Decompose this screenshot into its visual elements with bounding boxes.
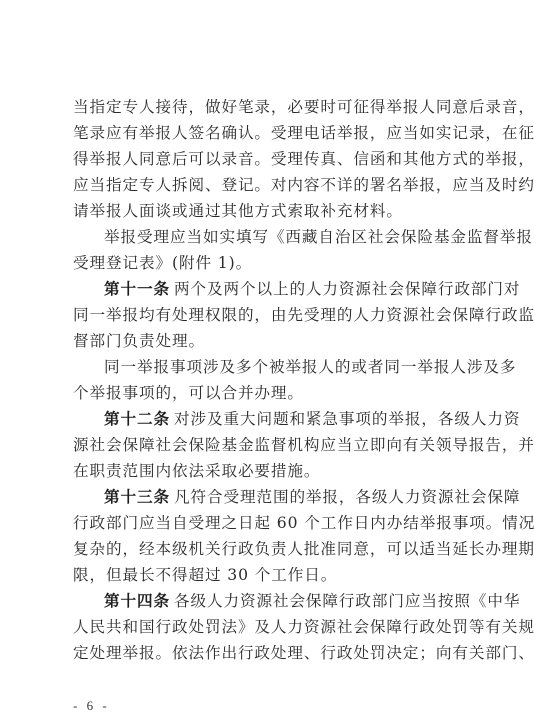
text-line: 当指定专人接待，做好笔录，必要时可征得举报人同意后录音， xyxy=(73,94,465,120)
article-label: 第十四条 xyxy=(104,591,170,610)
text-line: 笔录应有举报人签名确认。受理电话举报，应当如实记录，在征 xyxy=(73,120,465,146)
text-line: 行政部门应当自受理之日起 60 个工作日内办结举报事项。情况 xyxy=(73,510,465,536)
article-12-line: 第十二条对涉及重大问题和紧急事项的举报，各级人力资 xyxy=(73,406,465,432)
text-line: 复杂的，经本级机关行政负责人批准同意，可以适当延长办理期 xyxy=(73,536,465,562)
article-label: 第十三条 xyxy=(104,487,170,506)
text-line: 定处理举报。依法作出行政处理、行政处罚决定；向有关部门、 xyxy=(73,640,465,666)
text-line: 人民共和国行政处罚法》及人力资源社会保障行政处罚等有关规 xyxy=(73,614,465,640)
text-line: 个举报事项的，可以合并办理。 xyxy=(73,380,465,406)
text-span: 各级人力资源社会保障行政部门应当按照《中华 xyxy=(174,592,520,610)
document-body: 当指定专人接待，做好笔录，必要时可征得举报人同意后录音， 笔录应有举报人签名确认… xyxy=(73,94,465,666)
text-span: 两个及两个以上的人力资源社会保障行政部门对 xyxy=(174,280,520,298)
text-line: 同一举报事项涉及多个被举报人的或者同一举报人涉及多 xyxy=(73,354,465,380)
article-13-line: 第十三条凡符合受理范围的举报，各级人力资源社会保障 xyxy=(73,484,465,510)
text-line: 请举报人面谈或通过其他方式索取补充材料。 xyxy=(73,198,465,224)
text-span: 对涉及重大问题和紧急事项的举报，各级人力资 xyxy=(174,410,520,428)
text-line: 督部门负责处理。 xyxy=(73,328,465,354)
article-14-line: 第十四条各级人力资源社会保障行政部门应当按照《中华 xyxy=(73,588,465,614)
text-line: 在职责范围内依法采取必要措施。 xyxy=(73,458,465,484)
document-page: 当指定专人接待，做好笔录，必要时可征得举报人同意后录音， 笔录应有举报人签名确认… xyxy=(0,0,534,721)
article-11-line: 第十一条两个及两个以上的人力资源社会保障行政部门对 xyxy=(73,276,465,302)
text-line: 同一举报均有处理权限的，由先受理的人力资源社会保障行政监 xyxy=(73,302,465,328)
article-label: 第十二条 xyxy=(104,409,170,428)
text-line: 得举报人同意后可以录音。受理传真、信函和其他方式的举报， xyxy=(73,146,465,172)
text-span: 凡符合受理范围的举报，各级人力资源社会保障 xyxy=(174,488,520,506)
text-line: 源社会保障社会保险基金监督机构应当立即向有关领导报告，并 xyxy=(73,432,465,458)
text-line: 应当指定专人拆阅、登记。对内容不详的署名举报，应当及时约 xyxy=(73,172,465,198)
article-label: 第十一条 xyxy=(104,279,170,298)
text-line: 举报受理应当如实填写《西藏自治区社会保险基金监督举报 xyxy=(73,224,465,250)
text-line: 限，但最长不得超过 30 个工作日。 xyxy=(73,562,465,588)
text-line: 受理登记表》(附件 1)。 xyxy=(73,250,465,276)
page-number: - 6 - xyxy=(73,698,110,714)
